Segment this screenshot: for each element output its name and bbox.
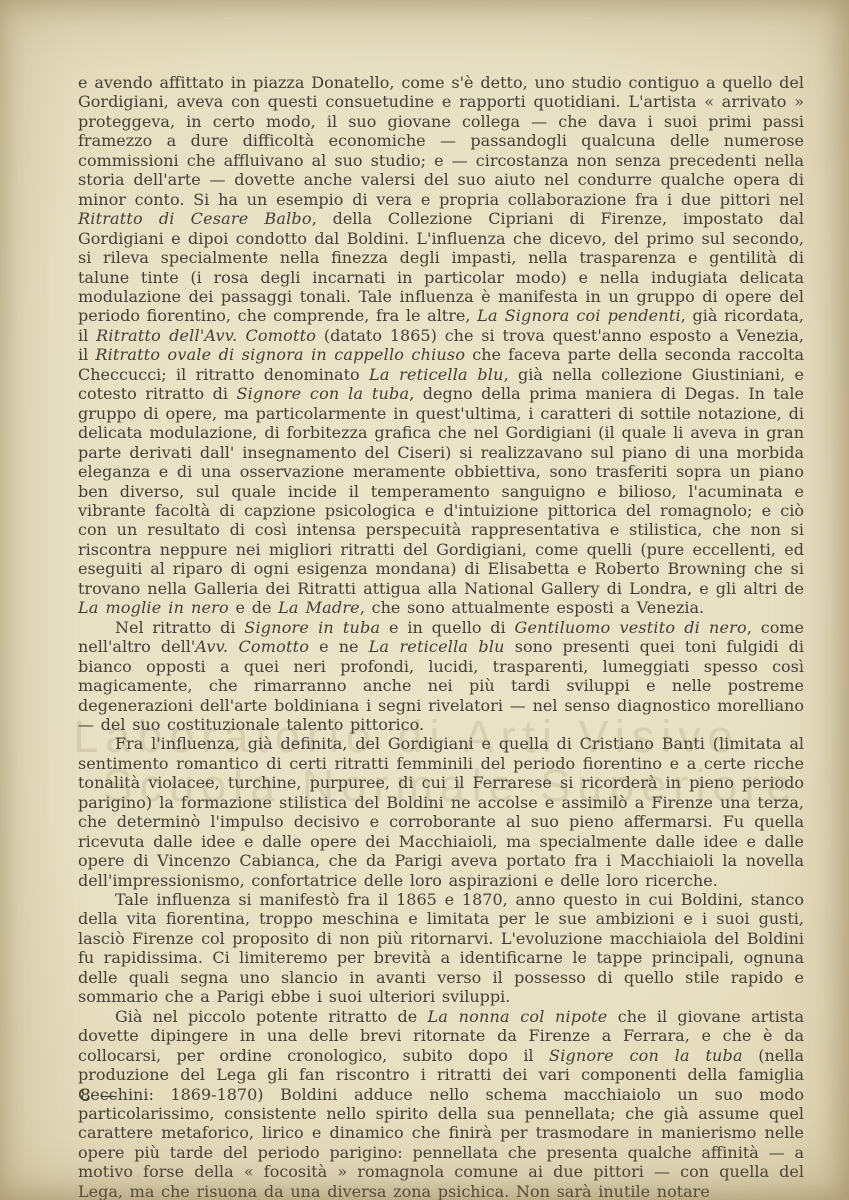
paragraph: Tale influenza si manifestò fra il 1865 …: [78, 890, 804, 1007]
work-title: Signore con la tuba: [549, 1046, 743, 1065]
text-segment: e in quello di: [380, 618, 514, 637]
text-segment: e de: [229, 598, 278, 617]
work-title: Ritratto dell'Avv. Comotto: [96, 326, 316, 345]
text-segment: Nel ritratto di: [115, 618, 244, 637]
paragraph: Nel ritratto di Signore in tuba e in que…: [78, 618, 804, 735]
page-number: 8 —: [80, 1086, 119, 1106]
text-segment: e ne: [309, 637, 369, 656]
work-title: La Signora coi pendenti: [477, 306, 681, 325]
work-title: La reticella blu: [369, 365, 504, 384]
work-title: Gentiluomo vestito di nero: [514, 618, 746, 637]
work-title: Ritratto ovale di signora in cappello ch…: [95, 345, 465, 364]
paragraph: Fra l'influenza, già definita, del Gordi…: [78, 734, 804, 890]
text-segment: Fra l'influenza, già definita, del Gordi…: [78, 734, 804, 889]
text-segment: , che sono attualmente esposti a Venezia…: [360, 598, 704, 617]
text-segment: Già nel piccolo potente ritratto de: [115, 1007, 428, 1026]
work-title: Signore in tuba: [244, 618, 380, 637]
work-title: Ritratto di Cesare Balbo: [78, 209, 312, 228]
text-segment: (nella produzione del Lega gli fan risco…: [78, 1046, 804, 1200]
work-title: Avv. Comotto: [195, 637, 309, 656]
work-title: La reticella blu: [369, 637, 505, 656]
text-segment: e avendo affittato in piazza Donatello, …: [78, 73, 804, 209]
scanned-page: Laboratorio di Arti Visive Scuola Normal…: [0, 0, 849, 1200]
work-title: La nonna col nipote: [428, 1007, 608, 1026]
work-title: La Madre: [278, 598, 360, 617]
work-title: Signore con la tuba: [236, 384, 409, 403]
text-segment: Tale influenza si manifestò fra il 1865 …: [78, 890, 804, 1006]
paragraph: Già nel piccolo potente ritratto de La n…: [78, 1007, 804, 1200]
work-title: La moglie in nero: [78, 598, 229, 617]
text-segment: , degno della prima maniera di Degas. In…: [78, 384, 804, 598]
text-block: e avendo affittato in piazza Donatello, …: [78, 73, 804, 1200]
paragraph: e avendo affittato in piazza Donatello, …: [78, 73, 804, 618]
